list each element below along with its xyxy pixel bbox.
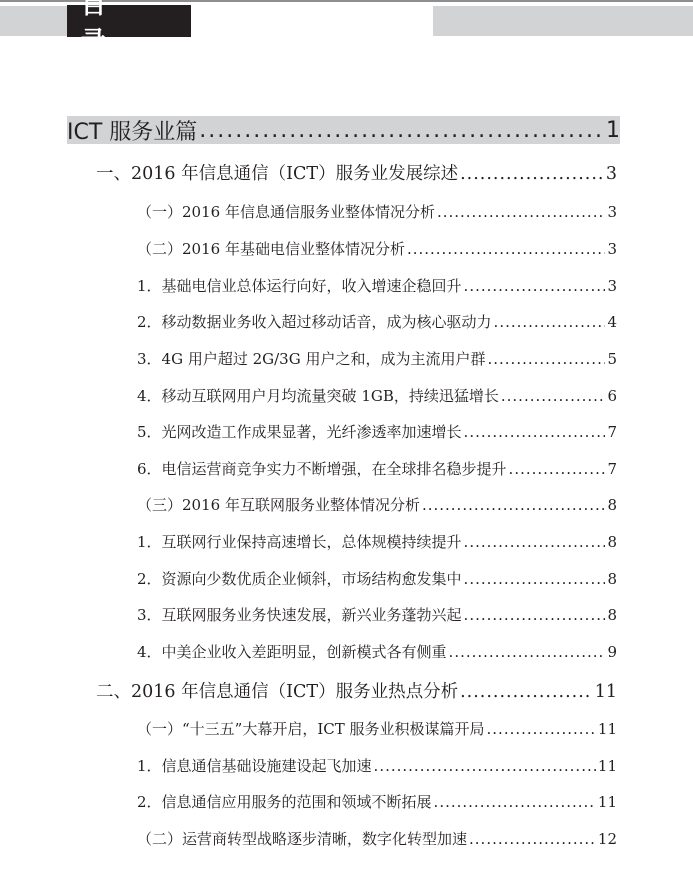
- toc-leader-dots: [407, 240, 606, 258]
- toc-entry-page: 6: [607, 387, 617, 405]
- toc-entry-page: 8: [607, 496, 617, 514]
- toc-leader-dots: [449, 643, 606, 661]
- toc-entry-label: 5．光网改造工作成果显著，光纤渗透率加速增长: [137, 421, 462, 442]
- toc-entry[interactable]: 3．互联网服务业务快速发展，新兴业务蓬勃兴起 8: [137, 604, 617, 625]
- toc-leader-dots: [464, 277, 606, 295]
- toc-entry-label: 二、2016 年信息通信（ICT）服务业热点分析: [96, 678, 458, 703]
- toc-entry-page: 12: [598, 830, 617, 848]
- toc-leader-dots: [437, 203, 606, 221]
- toc-leader-dots: [494, 313, 606, 331]
- toc-entry-label: 1．互联网行业保持高速增长，总体规模持续提升: [137, 531, 462, 552]
- toc-entry[interactable]: （三）2016 年互联网服务业整体情况分析 8: [137, 494, 617, 515]
- toc-entry-page: 11: [598, 720, 617, 738]
- toc-entry[interactable]: 2．移动数据业务收入超过移动话音，成为核心驱动力 4: [137, 311, 617, 332]
- toc-entry-label: 3．互联网服务业务快速发展，新兴业务蓬勃兴起: [137, 604, 462, 625]
- toc-entry[interactable]: （一）“十三五”大幕开启，ICT 服务业积极谋篇开局 11: [137, 718, 617, 739]
- toc-entry-label: 1．基础电信业总体运行向好，收入增速企稳回升: [137, 275, 462, 296]
- toc-entry[interactable]: 二、2016 年信息通信（ICT）服务业热点分析 11: [96, 678, 617, 703]
- toc-part-page: 1: [606, 118, 620, 143]
- toc-entry[interactable]: 1．互联网行业保持高速增长，总体规模持续提升 8: [137, 531, 617, 552]
- toc-entry-label: 2．信息通信应用服务的范围和领域不断拓展: [137, 791, 432, 812]
- toc-entry-label: 2．移动数据业务收入超过移动话音，成为核心驱动力: [137, 311, 492, 332]
- toc-leader-dots: [487, 350, 605, 368]
- toc-entry-page: 3: [606, 164, 617, 184]
- toc-leader-dots: [422, 496, 606, 514]
- toc-leader-dots: [374, 757, 596, 775]
- toc-entry-label: 1．信息通信基础设施建设起飞加速: [137, 755, 372, 776]
- toc-entry[interactable]: 4．移动互联网用户月均流量突破 1GB，持续迅猛增长 6: [137, 385, 617, 406]
- toc-entry-page: 8: [607, 570, 617, 588]
- toc-entry-page: 4: [607, 313, 617, 331]
- page-title: 目 录: [67, 5, 191, 37]
- toc-entry-page: 3: [607, 240, 617, 258]
- toc-entry-label: （二）运营商转型战略逐步清晰，数字化转型加速: [137, 828, 467, 849]
- toc-entry-page: 7: [607, 460, 617, 478]
- toc-leader-dots: [469, 830, 596, 848]
- toc-entry-label: 3．4G 用户超过 2G/3G 用户之和，成为主流用户群: [137, 348, 485, 369]
- toc-entry-label: 2．资源向少数优质企业倾斜，市场结构愈发集中: [137, 568, 462, 589]
- toc-leader-dots: [464, 533, 606, 551]
- toc-entry[interactable]: 3．4G 用户超过 2G/3G 用户之和，成为主流用户群 5: [137, 348, 617, 369]
- toc-leader-dots: [509, 460, 606, 478]
- toc-leader-dots: [460, 164, 604, 184]
- toc-entry-page: 7: [607, 423, 617, 441]
- toc-entry[interactable]: 6．电信运营商竞争实力不断增强，在全球排名稳步提升 7: [137, 458, 617, 479]
- toc-leader-dots: [460, 682, 593, 702]
- toc-entry-page: 8: [607, 606, 617, 624]
- toc-entry[interactable]: 4．中美企业收入差距明显，创新模式各有侧重 9: [137, 641, 617, 662]
- toc-leader-dots: [464, 606, 606, 624]
- header-bar-right: [433, 6, 693, 36]
- toc-entry-label: 4．移动互联网用户月均流量突破 1GB，持续迅猛增长: [137, 385, 499, 406]
- toc-entry-page: 3: [607, 203, 617, 221]
- toc-entry[interactable]: 2．资源向少数优质企业倾斜，市场结构愈发集中 8: [137, 568, 617, 589]
- toc-entry[interactable]: 1．信息通信基础设施建设起飞加速 11: [137, 755, 617, 776]
- toc-entry-page: 3: [607, 277, 617, 295]
- toc-leader-dots: [487, 720, 596, 738]
- toc-leader-dots: [501, 387, 606, 405]
- toc-entry-label: （一）2016 年信息通信服务业整体情况分析: [137, 201, 435, 222]
- toc-entry-page: 9: [607, 643, 617, 661]
- toc-entry[interactable]: 1．基础电信业总体运行向好，收入增速企稳回升 3: [137, 275, 617, 296]
- toc-part-label: ICT 服务业篇: [67, 116, 197, 144]
- toc-leader-dots: [434, 793, 596, 811]
- toc-entry[interactable]: 2．信息通信应用服务的范围和领域不断拓展 11: [137, 791, 617, 812]
- toc-part-entry[interactable]: ICT 服务业篇 1: [67, 116, 620, 144]
- toc-entry-label: （一）“十三五”大幕开启，ICT 服务业积极谋篇开局: [137, 718, 485, 739]
- toc-leader-dots: [199, 118, 604, 143]
- toc-entry[interactable]: 一、2016 年信息通信（ICT）服务业发展综述 3: [96, 160, 617, 185]
- toc-entry-label: 6．电信运营商竞争实力不断增强，在全球排名稳步提升: [137, 458, 507, 479]
- toc-entry-label: 一、2016 年信息通信（ICT）服务业发展综述: [96, 160, 458, 185]
- toc-entry-page: 11: [598, 757, 617, 775]
- toc-entry[interactable]: 5．光网改造工作成果显著，光纤渗透率加速增长 7: [137, 421, 617, 442]
- toc-entry-label: （三）2016 年互联网服务业整体情况分析: [137, 494, 420, 515]
- toc-entry-label: 4．中美企业收入差距明显，创新模式各有侧重: [137, 641, 447, 662]
- header-bar-left: [0, 6, 68, 36]
- toc-entry[interactable]: （二）2016 年基础电信业整体情况分析 3: [137, 238, 617, 259]
- toc-entry-page: 5: [607, 350, 617, 368]
- toc-entry[interactable]: （一）2016 年信息通信服务业整体情况分析 3: [137, 201, 617, 222]
- toc-entry-page: 8: [607, 533, 617, 551]
- toc-leader-dots: [464, 423, 606, 441]
- toc-entry-label: （二）2016 年基础电信业整体情况分析: [137, 238, 405, 259]
- toc-entry[interactable]: （二）运营商转型战略逐步清晰，数字化转型加速 12: [137, 828, 617, 849]
- toc-entry-page: 11: [598, 793, 617, 811]
- toc-leader-dots: [464, 570, 606, 588]
- toc-entry-page: 11: [595, 682, 617, 702]
